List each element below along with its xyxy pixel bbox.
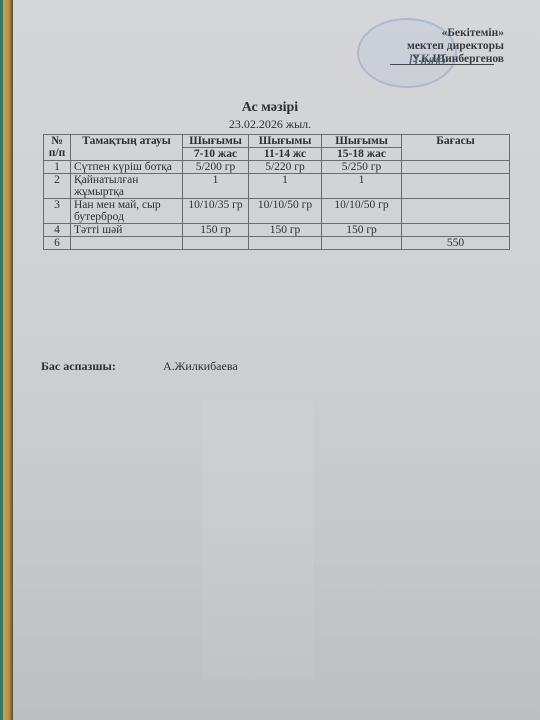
header-num: № п/п: [44, 135, 71, 161]
cell-a: 150 гр: [183, 224, 249, 237]
header-age-3: 15-18 жас: [322, 148, 402, 161]
cell-num: 1: [44, 161, 71, 174]
chef-name: А.Жилкибаева: [163, 359, 238, 374]
cell-num: 4: [44, 224, 71, 237]
cell-a: [183, 237, 249, 250]
cell-name: Сүтпен күріш ботқа: [71, 161, 183, 174]
cell-name: Тәтті шәй: [71, 224, 183, 237]
cell-name: Нан мен май, сыр бутерброд: [71, 199, 183, 224]
cell-name: [71, 237, 183, 250]
cell-price: [402, 174, 510, 199]
table-row: 4Тәтті шәй150 гр150 гр150 гр: [44, 224, 510, 237]
cell-price: 550: [402, 237, 510, 250]
cell-a: 1: [183, 174, 249, 199]
reflection-glare: [203, 400, 313, 680]
header-age-2: 11-14 жс: [249, 148, 322, 161]
cell-num: 6: [44, 237, 71, 250]
table-row: 1Сүтпен күріш ботқа5/200 гр5/220 гр5/250…: [44, 161, 510, 174]
cell-num: 3: [44, 199, 71, 224]
table-row: 6550: [44, 237, 510, 250]
cell-num: 2: [44, 174, 71, 199]
cell-c: 1: [322, 174, 402, 199]
table-row: 3Нан мен май, сыр бутерброд10/10/35 гр10…: [44, 199, 510, 224]
page-title: Ас мәзірі: [0, 100, 540, 116]
cell-c: 10/10/50 гр: [322, 199, 402, 224]
table-row: 2Қайнатылған жұмыртқа111: [44, 174, 510, 199]
cell-b: 150 гр: [249, 224, 322, 237]
cell-c: 5/250 гр: [322, 161, 402, 174]
cell-price: [402, 161, 510, 174]
header-age-1: 7-10 жас: [183, 148, 249, 161]
header-price: Бағасы: [402, 135, 510, 161]
cell-b: 1: [249, 174, 322, 199]
cell-name: Қайнатылған жұмыртқа: [71, 174, 183, 199]
cell-price: [402, 224, 510, 237]
header-name: Тамақтың атауы: [71, 135, 183, 161]
header-output-2: Шығымы: [249, 135, 322, 148]
signature: Шинб: [408, 52, 445, 70]
table-header-row: № п/п Тамақтың атауы Шығымы Шығымы Шығым…: [44, 135, 510, 148]
signature-line: [390, 64, 494, 65]
menu-table: № п/п Тамақтың атауы Шығымы Шығымы Шығым…: [43, 134, 510, 250]
cell-a: 10/10/35 гр: [183, 199, 249, 224]
cell-b: 10/10/50 гр: [249, 199, 322, 224]
approval-line-1: «Бекітемін»: [407, 27, 504, 40]
menu-date: 23.02.2026 жыл.: [0, 117, 540, 132]
cell-b: [249, 237, 322, 250]
cell-price: [402, 199, 510, 224]
cell-b: 5/220 гр: [249, 161, 322, 174]
chef-role-label: Бас аспазшы:: [41, 359, 116, 374]
header-output-3: Шығымы: [322, 135, 402, 148]
cell-c: [322, 237, 402, 250]
cell-a: 5/200 гр: [183, 161, 249, 174]
header-output-1: Шығымы: [183, 135, 249, 148]
cell-c: 150 гр: [322, 224, 402, 237]
